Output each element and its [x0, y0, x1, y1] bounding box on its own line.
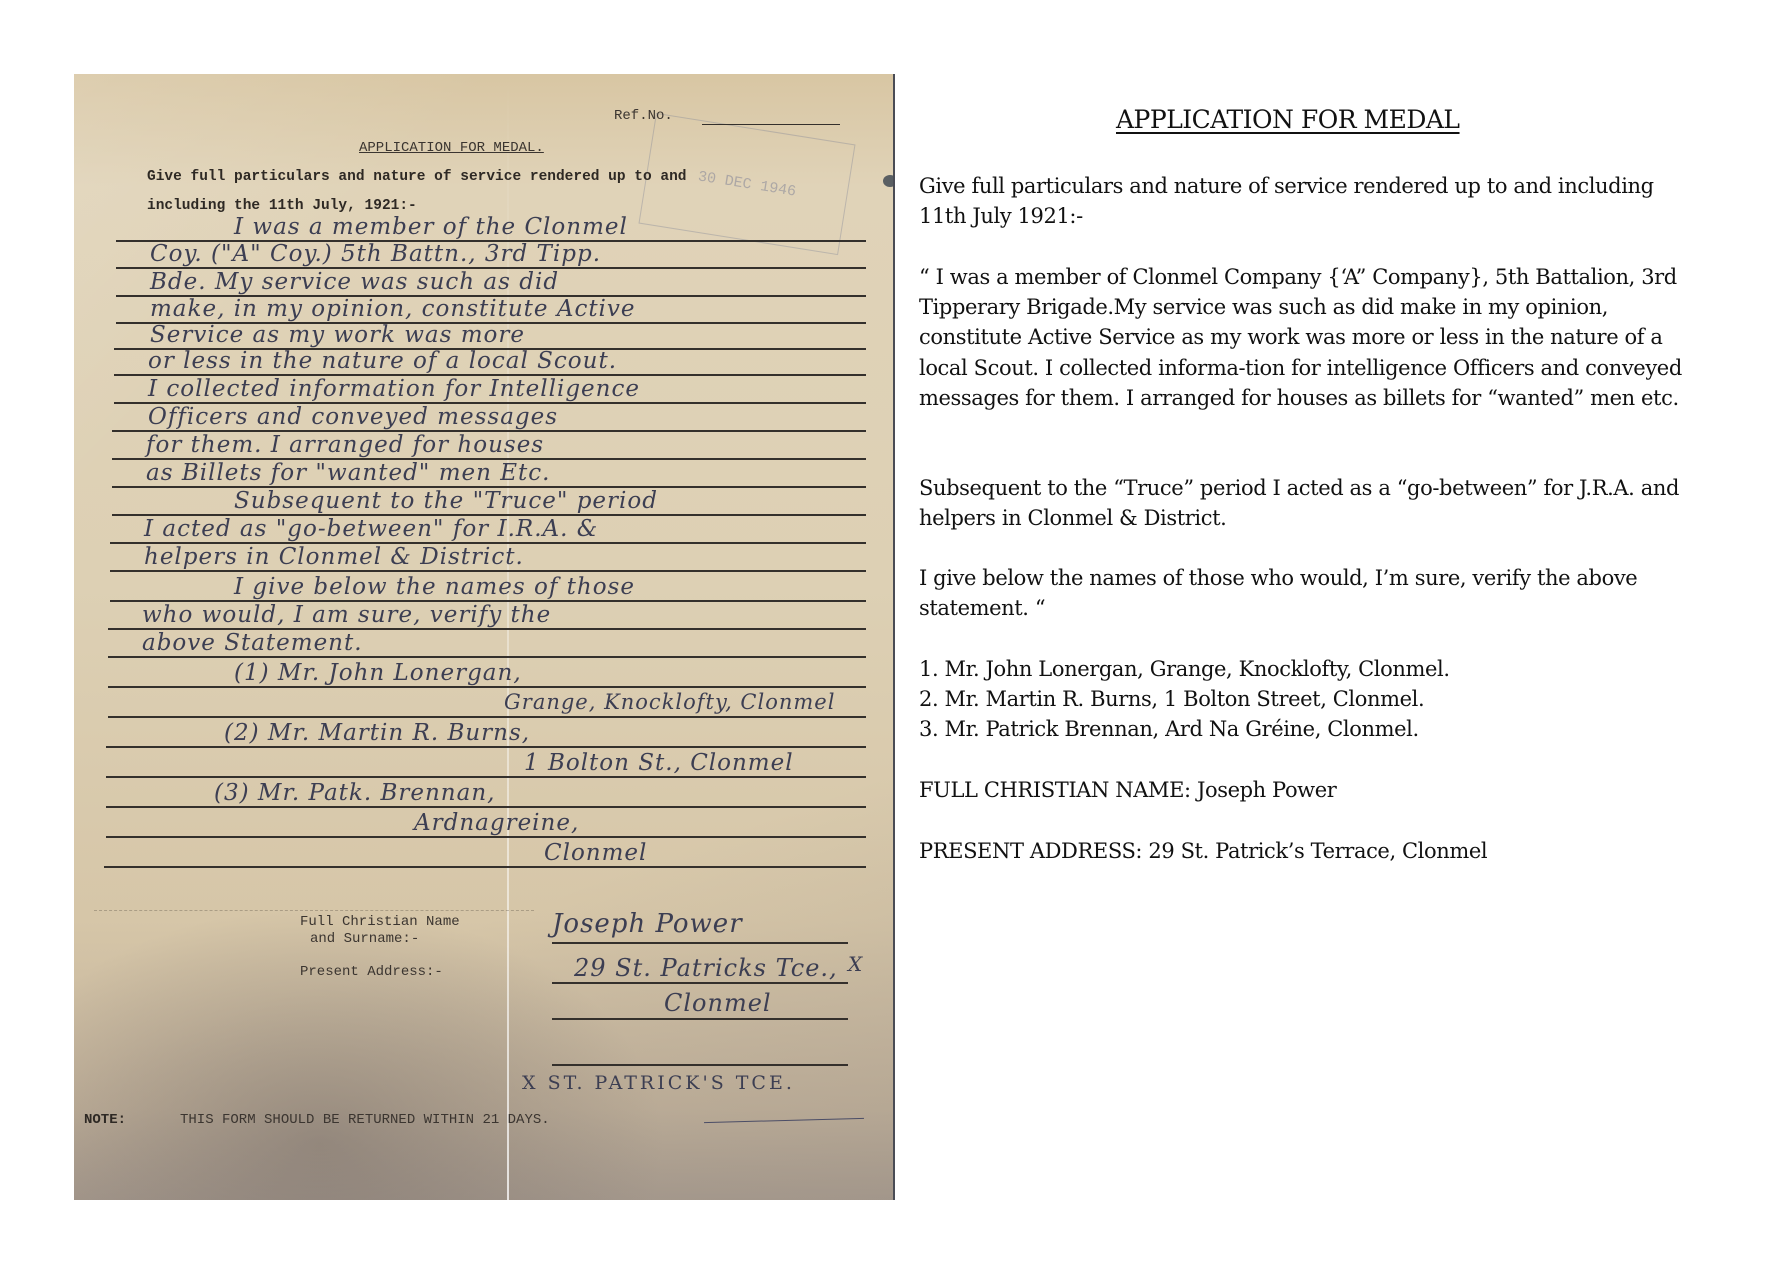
- ruled-line: [106, 806, 866, 808]
- ruled-line: [108, 656, 866, 658]
- transcript-title: APPLICATION FOR MEDAL: [1116, 105, 1460, 134]
- note-text: THIS FORM SHOULD BE RETURNED WITHIN 21 D…: [180, 1112, 550, 1128]
- name-value-handwritten: Joseph Power: [552, 909, 743, 939]
- handwritten-line: I collected information for Intelligence: [148, 376, 640, 402]
- form-prompt-line-2: including the 11th July, 1921:-: [147, 198, 417, 214]
- handwritten-line: Subsequent to the "Truce" period: [234, 488, 658, 514]
- transcript-statement-paragraph-3: I give below the names of those who woul…: [919, 563, 1684, 623]
- handwritten-line: I was a member of the Clonmel: [234, 214, 628, 240]
- handwritten-line: I acted as "go-between" for I.R.A. &: [144, 516, 598, 542]
- handwritten-referee-line: Ardnagreine,: [414, 810, 579, 836]
- ruled-line: [106, 836, 866, 838]
- transcript-full-name: FULL CHRISTIAN NAME: Joseph Power: [919, 775, 1336, 805]
- handwritten-referee-line: (1) Mr. John Lonergan,: [234, 660, 522, 686]
- punch-hole: [883, 175, 895, 187]
- handwritten-referee-line: Clonmel: [544, 840, 647, 866]
- address-value-line-1: 29 St. Patricks Tce.,: [574, 954, 838, 982]
- address-rule: [552, 1018, 848, 1020]
- name-label-line-1: Full Christian Name: [300, 914, 460, 930]
- address-rule: [552, 982, 848, 984]
- form-title: APPLICATION FOR MEDAL.: [359, 140, 544, 156]
- ref-no-line: [702, 124, 840, 125]
- ruled-line: [108, 686, 866, 688]
- handwritten-line: who would, I am sure, verify the: [142, 602, 551, 628]
- note-pen-line: [704, 1118, 864, 1123]
- transcript-referee-item: 1. Mr. John Lonergan, Grange, Knocklofty…: [919, 654, 1450, 684]
- address-correction-note: X ST. PATRICK'S TCE.: [522, 1072, 795, 1094]
- form-prompt-line-1: Give full particulars and nature of serv…: [147, 169, 687, 185]
- handwritten-line: Service as my work was more: [150, 322, 525, 348]
- handwritten-line: make, in my opinion, constitute Active: [150, 296, 636, 322]
- handwritten-line: above Statement.: [142, 630, 363, 656]
- ruled-line: [106, 776, 866, 778]
- handwritten-line: I give below the names of those: [234, 574, 635, 600]
- handwritten-line: helpers in Clonmel & District.: [144, 544, 524, 570]
- handwritten-line: Bde. My service was such as did: [150, 269, 559, 295]
- transcript-intro: Give full particulars and nature of serv…: [919, 171, 1684, 231]
- handwritten-referee-line: Grange, Knocklofty, Clonmel: [504, 690, 835, 714]
- handwritten-line: as Billets for "wanted" men Etc.: [146, 460, 550, 486]
- handwritten-line: or less in the nature of a local Scout.: [148, 348, 617, 374]
- transcript-referee-item: 3. Mr. Patrick Brennan, Ard Na Gréine, C…: [919, 714, 1419, 744]
- address-rule: [552, 1064, 848, 1066]
- name-rule: [552, 942, 848, 944]
- ref-no-label: Ref.No.: [614, 108, 673, 124]
- ruled-line: [110, 570, 866, 572]
- dotted-guide: [94, 910, 534, 911]
- ruled-line: [106, 746, 866, 748]
- handwritten-referee-line: (3) Mr. Patk. Brennan,: [214, 780, 495, 806]
- handwritten-line: Coy. ("A" Coy.) 5th Battn., 3rd Tipp.: [150, 241, 601, 267]
- scanned-application-form: 30 DEC 1946 Ref.No. APPLICATION FOR MEDA…: [74, 74, 895, 1200]
- ruled-line: [108, 716, 866, 718]
- name-label-line-2: and Surname:-: [310, 931, 419, 947]
- correction-mark: X: [848, 952, 863, 976]
- note-label: NOTE:: [84, 1112, 126, 1128]
- transcript-statement-paragraph-1: “ I was a member of Clonmel Company {‘A”…: [919, 262, 1684, 413]
- transcript-statement-paragraph-2: Subsequent to the “Truce” period I acted…: [919, 473, 1684, 533]
- transcript-referee-item: 2. Mr. Martin R. Burns, 1 Bolton Street,…: [919, 684, 1424, 714]
- transcript-present-address: PRESENT ADDRESS: 29 St. Patrick’s Terrac…: [919, 836, 1487, 866]
- address-label: Present Address:-: [300, 964, 443, 980]
- handwritten-line: for them. I arranged for houses: [146, 432, 544, 458]
- handwritten-referee-line: 1 Bolton St., Clonmel: [524, 750, 794, 776]
- handwritten-line: Officers and conveyed messages: [148, 404, 558, 430]
- address-value-line-2: Clonmel: [664, 989, 772, 1017]
- handwritten-referee-line: (2) Mr. Martin R. Burns,: [224, 720, 530, 746]
- ruled-line: [104, 866, 866, 868]
